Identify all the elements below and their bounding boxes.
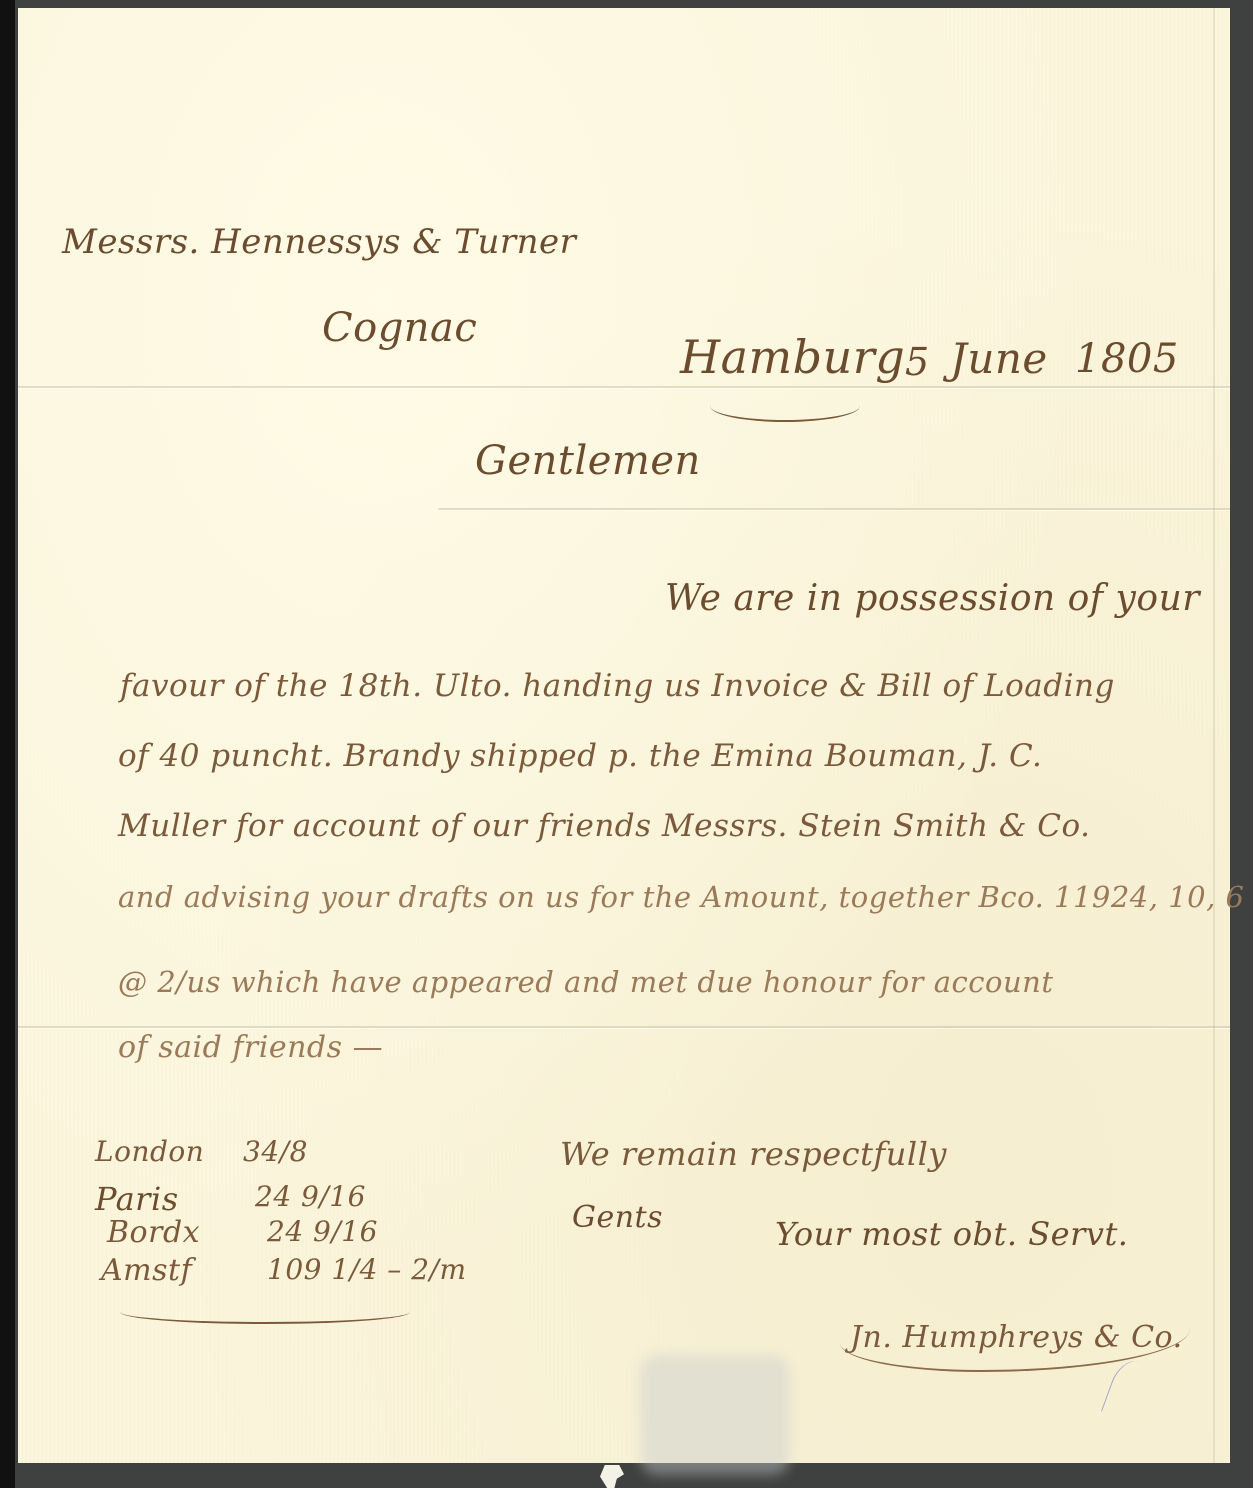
dateline-day: 5 [905, 340, 930, 384]
body-line: Muller for account of our friends Messrs… [118, 808, 1090, 844]
dateline-year: 1805 [1075, 336, 1179, 382]
rate-city: London [95, 1135, 204, 1168]
rate-value: 109 1/4 – 2/m [267, 1253, 467, 1286]
dateline-place: Hamburg [680, 330, 905, 384]
closing-address-short: Gents [572, 1200, 663, 1235]
closing-line: We remain respectfully [560, 1135, 947, 1173]
fold-line-vertical [1213, 8, 1215, 1463]
body-line: of 40 puncht. Brandy shipped p. the Emin… [118, 738, 1042, 774]
rate-value: 24 9/16 [255, 1180, 366, 1213]
dateline-flourish [710, 390, 860, 422]
fold-line [18, 386, 1230, 388]
rate-city: Amstf [101, 1253, 192, 1288]
recipient-name: Messrs. Hennessys & Turner [62, 222, 576, 262]
body-line: and advising your drafts on us for the A… [118, 880, 1244, 914]
torn-paper-fragment [600, 1465, 624, 1488]
body-line: favour of the 18th. Ulto. handing us Inv… [120, 668, 1115, 704]
scan-left-edge [0, 0, 15, 1488]
rate-value: 34/8 [243, 1135, 308, 1168]
fold-line [18, 1026, 1230, 1028]
fold-line [438, 508, 1230, 510]
body-line: of said friends — [118, 1030, 383, 1065]
rate-city: Bordx [107, 1215, 200, 1250]
stain [640, 1355, 790, 1475]
salutation: Gentlemen [475, 438, 701, 484]
rate-value: 24 9/16 [267, 1215, 378, 1248]
table-underline-flourish [120, 1300, 410, 1324]
rate-city: Paris [95, 1180, 179, 1218]
recipient-city: Cognac [322, 305, 477, 351]
body-line: We are in possession of your [665, 578, 1200, 619]
dateline-month: June [950, 334, 1048, 383]
closing-valediction: Your most obt. Servt. [775, 1215, 1128, 1253]
body-line: @ 2/us which have appeared and met due h… [118, 965, 1054, 999]
